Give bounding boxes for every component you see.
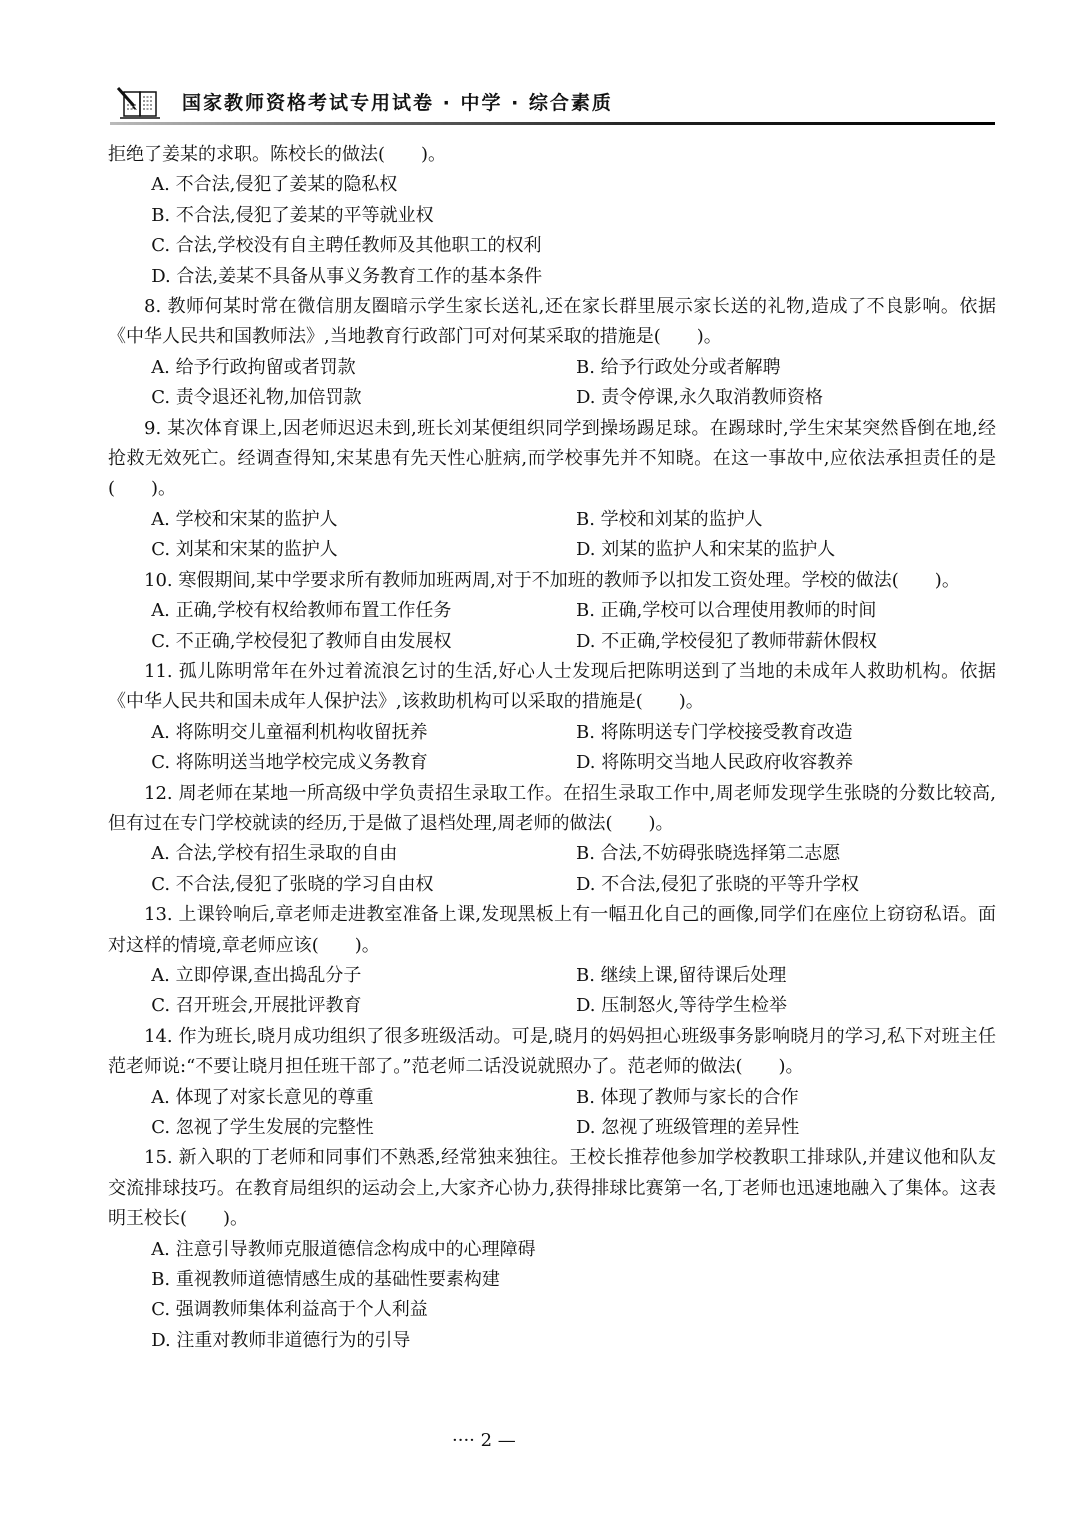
book-pen-icon — [116, 86, 162, 122]
option-d: D. 注重对教师非道德行为的引导 — [108, 1326, 996, 1356]
option-b: B. 合法,不妨碍张晓选择第二志愿 — [576, 839, 996, 869]
option-d: D. 将陈明交当地人民政府收容教养 — [576, 748, 996, 778]
option-a: A. 立即停课,查出捣乱分子 — [108, 961, 576, 991]
option-c: C. 将陈明送当地学校完成义务教育 — [108, 748, 576, 778]
option-d: D. 忽视了班级管理的差异性 — [576, 1113, 996, 1143]
option-b: B. 正确,学校可以合理使用教师的时间 — [576, 596, 996, 626]
option-a: A. 合法,学校有招生录取的自由 — [108, 839, 576, 869]
option-c: C. 忽视了学生发展的完整性 — [108, 1113, 576, 1143]
option-c: C. 不合法,侵犯了张晓的学习自由权 — [108, 870, 576, 900]
option-c: C. 合法,学校没有自主聘任教师及其他职工的权利 — [108, 231, 996, 261]
option-b: B. 重视教师道德情感生成的基础性要素构建 — [108, 1265, 996, 1295]
option-b: B. 继续上课,留待课后处理 — [576, 961, 996, 991]
question-stem: 12. 周老师在某地一所高级中学负责招生录取工作。在招生录取工作中,周老师发现学… — [108, 779, 996, 840]
question-8: 8. 教师何某时常在微信朋友圈暗示学生家长送礼,还在家长群里展示家长送的礼物,造… — [108, 292, 996, 414]
question-stem: 10. 寒假期间,某中学要求所有教师加班两周,对于不加班的教师予以扣发工资处理。… — [108, 566, 996, 596]
option-d: D. 责令停课,永久取消教师资格 — [576, 383, 996, 413]
option-c: C. 召开班会,开展批评教育 — [108, 991, 576, 1021]
exam-content: 拒绝了姜某的求职。陈校长的做法( )。 A. 不合法,侵犯了姜某的隐私权 B. … — [108, 140, 996, 1356]
header-divider — [110, 122, 995, 125]
option-b: B. 不合法,侵犯了姜某的平等就业权 — [108, 201, 996, 231]
option-d: D. 刘某的监护人和宋某的监护人 — [576, 535, 996, 565]
option-a: A. 给予行政拘留或者罚款 — [108, 353, 576, 383]
option-b: B. 体现了教师与家长的合作 — [576, 1083, 996, 1113]
question-13: 13. 上课铃响后,章老师走进教室准备上课,发现黑板上有一幅丑化自己的画像,同学… — [108, 900, 996, 1022]
option-d: D. 不合法,侵犯了张晓的平等升学权 — [576, 870, 996, 900]
page-number: ···· 2 — — [452, 1430, 652, 1451]
question-11: 11. 孤儿陈明常年在外过着流浪乞讨的生活,好心人士发现后把陈明送到了当地的未成… — [108, 657, 996, 779]
page-header: 国家教师资格考试专用试卷 · 中学 · 综合素质 — [110, 82, 995, 126]
option-b: B. 将陈明送专门学校接受教育改造 — [576, 718, 996, 748]
question-15: 15. 新入职的丁老师和同事们不熟悉,经常独来独往。王校长推荐他参加学校教职工排… — [108, 1143, 996, 1356]
option-c: C. 刘某和宋某的监护人 — [108, 535, 576, 565]
option-c: C. 强调教师集体利益高于个人利益 — [108, 1295, 996, 1325]
option-c: C. 不正确,学校侵犯了教师自由发展权 — [108, 627, 576, 657]
option-a: A. 注意引导教师克服道德信念构成中的心理障碍 — [108, 1235, 996, 1265]
question-9: 9. 某次体育课上,因老师迟迟未到,班长刘某便组织同学到操场踢足球。在踢球时,学… — [108, 414, 996, 566]
option-a: A. 正确,学校有权给教师布置工作任务 — [108, 596, 576, 626]
question-10: 10. 寒假期间,某中学要求所有教师加班两周,对于不加班的教师予以扣发工资处理。… — [108, 566, 996, 657]
question-stem: 11. 孤儿陈明常年在外过着流浪乞讨的生活,好心人士发现后把陈明送到了当地的未成… — [108, 657, 996, 718]
option-d: D. 不正确,学校侵犯了教师带薪休假权 — [576, 627, 996, 657]
question-stem: 8. 教师何某时常在微信朋友圈暗示学生家长送礼,还在家长群里展示家长送的礼物,造… — [108, 292, 996, 353]
option-c: C. 责令退还礼物,加倍罚款 — [108, 383, 576, 413]
option-d: D. 合法,姜某不具备从事义务教育工作的基本条件 — [108, 262, 996, 292]
question-stem: 15. 新入职的丁老师和同事们不熟悉,经常独来独往。王校长推荐他参加学校教职工排… — [108, 1143, 996, 1234]
option-b: B. 给予行政处分或者解聘 — [576, 353, 996, 383]
question-stem: 9. 某次体育课上,因老师迟迟未到,班长刘某便组织同学到操场踢足球。在踢球时,学… — [108, 414, 996, 505]
exam-title: 国家教师资格考试专用试卷 · 中学 · 综合素质 — [182, 88, 613, 115]
option-a: A. 学校和宋某的监护人 — [108, 505, 576, 535]
question-stem: 14. 作为班长,晓月成功组织了很多班级活动。可是,晓月的妈妈担心班级事务影响晓… — [108, 1022, 996, 1083]
question-14: 14. 作为班长,晓月成功组织了很多班级活动。可是,晓月的妈妈担心班级事务影响晓… — [108, 1022, 996, 1144]
question-12: 12. 周老师在某地一所高级中学负责招生录取工作。在招生录取工作中,周老师发现学… — [108, 779, 996, 901]
question-7-continuation: 拒绝了姜某的求职。陈校长的做法( )。 A. 不合法,侵犯了姜某的隐私权 B. … — [108, 140, 996, 292]
option-d: D. 压制怒火,等待学生检举 — [576, 991, 996, 1021]
question-stem: 13. 上课铃响后,章老师走进教室准备上课,发现黑板上有一幅丑化自己的画像,同学… — [108, 900, 996, 961]
option-a: A. 体现了对家长意见的尊重 — [108, 1083, 576, 1113]
option-a: A. 将陈明交儿童福利机构收留抚养 — [108, 718, 576, 748]
option-a: A. 不合法,侵犯了姜某的隐私权 — [108, 170, 996, 200]
question-stem: 拒绝了姜某的求职。陈校长的做法( )。 — [108, 140, 996, 170]
option-b: B. 学校和刘某的监护人 — [576, 505, 996, 535]
